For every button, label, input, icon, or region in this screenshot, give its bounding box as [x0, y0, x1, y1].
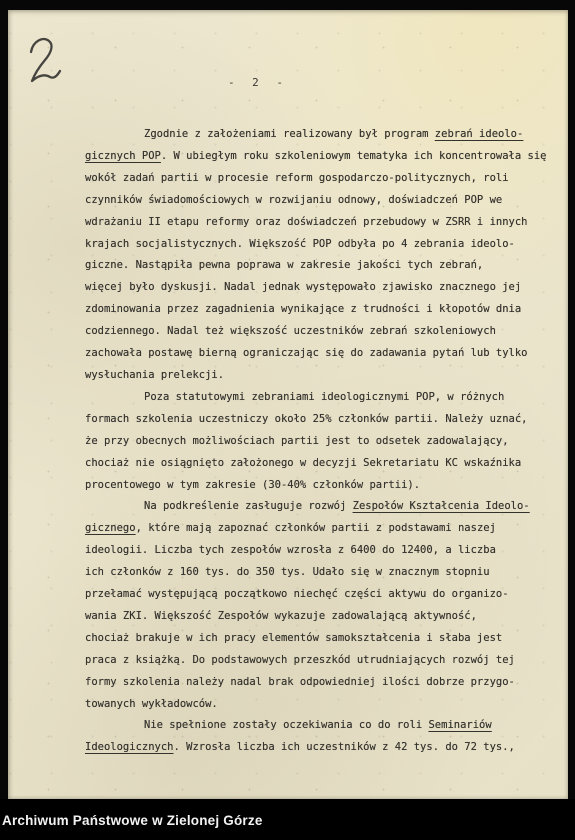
document-line: Poza statutowymi zebraniami ideologiczny… [85, 387, 563, 409]
document-line: formach szkolenia uczestniczy około 25% … [85, 409, 563, 431]
document-line: chociaż nie osiągnięto założonego w decy… [85, 453, 563, 475]
document-line: praca z książką. Do podstawowych przeszk… [85, 650, 563, 672]
document-line: wdrażaniu II etapu reformy oraz doświadc… [85, 212, 563, 234]
document-line: Zgodnie z założeniami realizowany był pr… [85, 124, 563, 146]
document-line: procentowego w tym zakresie (30-40% czło… [85, 475, 563, 497]
document-line: ich członków z 160 tys. do 350 tys. Udał… [85, 562, 563, 584]
page-number: - 2 - [8, 76, 504, 89]
document-line: zdominowania przez zagadnienia wynikając… [85, 299, 563, 321]
document-line: formy szkolenia należy nadal brak odpowi… [85, 672, 563, 694]
document-line: Ideologicznych. Wzrosła liczba ich uczes… [85, 737, 563, 759]
document-line: wokół zadań partii w procesie reform gos… [85, 168, 563, 190]
document-line: Nie spełnione zostały oczekiwania co do … [85, 715, 563, 737]
document-line: codziennego. Nadal też większość uczestn… [85, 321, 563, 343]
archive-bar: Archiwum Państwowe w Zielonej Górze [0, 799, 575, 840]
document-line: że przy obecnych możliwościach partii je… [85, 431, 563, 453]
document-line: ideologii. Liczba tych zespołów wzrosła … [85, 540, 563, 562]
document-line: chociaż brakuje w ich pracy elementów sa… [85, 628, 563, 650]
document-line: giczne. Nastąpiła pewna poprawa w zakres… [85, 255, 563, 277]
document-line: gicznych POP. W ubiegłym roku szkoleniow… [85, 146, 563, 168]
scanned-page: - 2 - Zgodnie z założeniami realizowany … [8, 10, 568, 799]
document-line: wysłuchania prelekcji. [85, 365, 563, 387]
document-line: krajach socjalistycznych. Większość POP … [85, 234, 563, 256]
document-text: Zgodnie z założeniami realizowany był pr… [85, 124, 563, 759]
document-line: towanych wykładowców. [85, 694, 563, 716]
document-line: przełamać występującą początkowo niechęć… [85, 584, 563, 606]
document-line: wania ZKI. Większość Zespołów wykazuje z… [85, 606, 563, 628]
document-line: zachowała postawę bierną ograniczając si… [85, 343, 563, 365]
archive-name: Archiwum Państwowe w Zielonej Górze [2, 813, 263, 828]
document-line: Na podkreślenie zasługuje rozwój Zespołó… [85, 496, 563, 518]
document-line: więcej było dyskusji. Nadal jednak wystę… [85, 277, 563, 299]
document-line: czynników świadomościowych w rozwijaniu … [85, 190, 563, 212]
document-line: gicznego, które mają zapoznać członków p… [85, 518, 563, 540]
